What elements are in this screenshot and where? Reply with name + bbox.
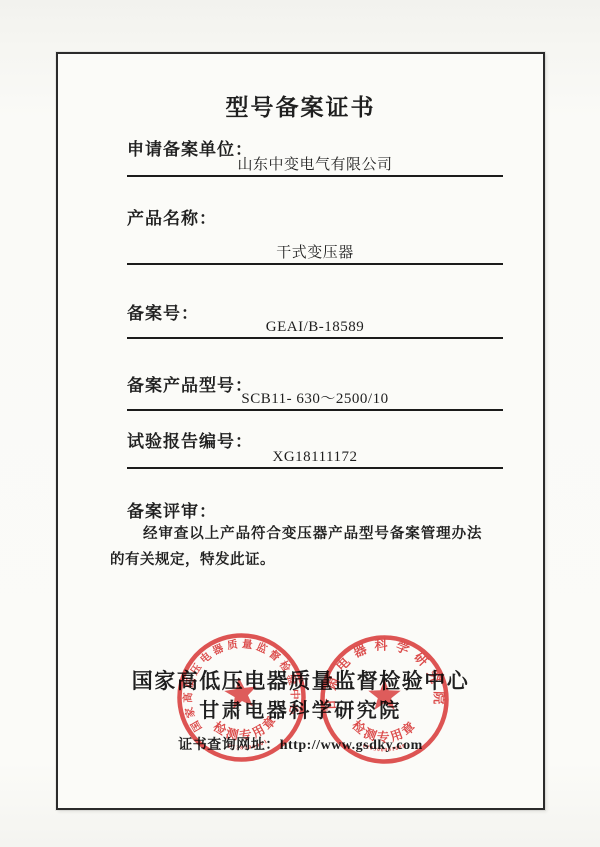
field-value-record-number: GEAI/B-18589	[127, 315, 503, 339]
field-label-applicant: 申请备案单位：	[127, 135, 253, 155]
seal-inner-text: 检测专用章	[209, 710, 283, 747]
svg-text:检测专用章: 检测专用章	[349, 717, 420, 744]
svg-text:检测专用章: 检测专用章	[209, 710, 283, 747]
seal-inner-text: 检测专用章	[349, 717, 420, 744]
seal-left-graphic: 国家高低压电器质量监督检验中心 检测专用章 9738500001	[165, 621, 317, 773]
field-value-applicant: 山东中变电气有限公司	[127, 153, 503, 177]
field-value-product-model: SCB11- 630～2500/10	[127, 387, 503, 411]
seal-left-inspection-center: 国家高低压电器质量监督检验中心 检测专用章 9738500001	[165, 621, 317, 773]
field-value-test-report-number: XG18111172	[127, 445, 503, 469]
certificate-title: 型号备案证书	[56, 89, 545, 122]
star-icon	[223, 675, 259, 710]
review-paragraph: 经审查以上产品符合变压器产品型号备案管理办法的有关规定，特发此证。	[110, 521, 482, 573]
field-label-test-report-number: 试验报告编号：	[127, 427, 253, 447]
field-label-review: 备案评审：	[127, 497, 217, 517]
star-icon	[368, 679, 400, 710]
scanned-certificate-page: 型号备案证书 申请备案单位： 山东中变电气有限公司 产品名称： 干式变压器 备案…	[0, 0, 600, 847]
field-label-product-name: 产品名称：	[127, 204, 217, 224]
seal-right-gansu-institute: 甘肃电器科学研究院 检测专用章 620500001098	[317, 632, 452, 767]
field-value-product-name: 干式变压器	[127, 241, 503, 265]
seal-right-graphic: 甘肃电器科学研究院 检测专用章 620500001098	[317, 632, 452, 767]
